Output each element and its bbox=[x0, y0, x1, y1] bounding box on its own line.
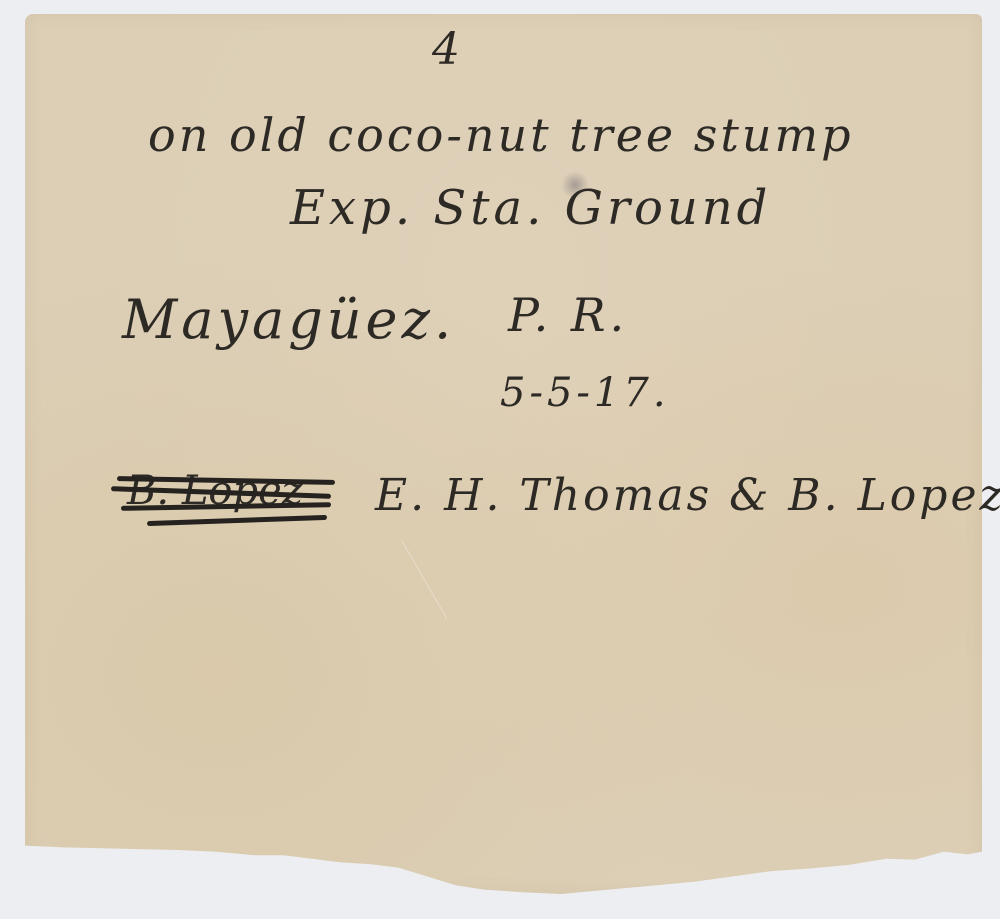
collectors-text: E. H. Thomas & B. Lopez bbox=[375, 470, 1000, 521]
city-text: Mayagüez. bbox=[122, 288, 455, 351]
region-text: P. R. bbox=[508, 288, 628, 342]
location-line: Exp. Sta. Ground bbox=[290, 180, 771, 236]
struck-out-name: B. Lopez bbox=[117, 460, 337, 540]
page-number: 4 bbox=[432, 24, 461, 75]
collector-row: B. Lopez E. H. Thomas & B. Lopez bbox=[95, 460, 965, 560]
scanned-document: 4 on old coco-nut tree stump Exp. Sta. G… bbox=[0, 0, 1000, 919]
substrate-line: on old coco-nut tree stump bbox=[148, 108, 854, 162]
date-text: 5-5-17. bbox=[500, 370, 670, 416]
strike-line bbox=[147, 515, 327, 526]
